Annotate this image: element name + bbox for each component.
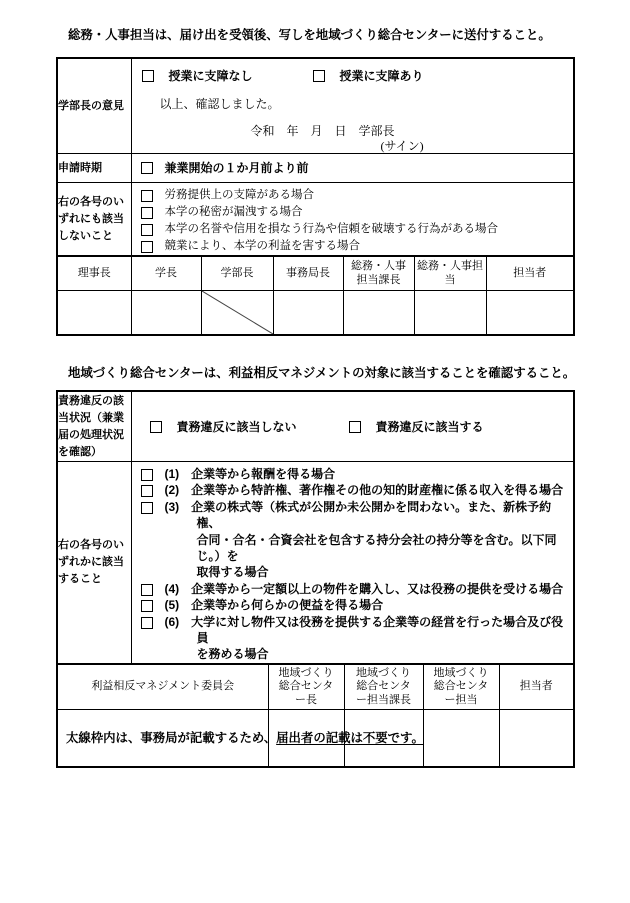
bottom-note-underlined: 届出者の記載は不要です。 (276, 731, 424, 745)
applicable-label-2: (2) 企業等から特許権、著作権その他の知的財産権に係る収入を得る場合 (165, 482, 564, 498)
applicable-item: (2) 企業等から特許権、著作権その他の知的財産権に係る収入を得る場合 (141, 482, 574, 498)
stamp-cell-president (131, 291, 201, 336)
row-label-non-applicable-conditions: 右の各号のい ずれにも該当 しないこと (57, 183, 131, 257)
class-interference-options: 授業に支障なし 授業に支障あり (142, 67, 574, 84)
stamp-cell-person-in-charge-2 (499, 709, 574, 767)
header-center-director: 地域づくり 総合センタ ー長 (268, 664, 344, 710)
option-has-violation: 責務違反に該当する (349, 418, 484, 435)
timing-option: 兼業開始の１か月前より前 (141, 160, 574, 177)
stamp-cell-hr-staff (414, 291, 486, 336)
checkbox-no-interference[interactable] (142, 70, 154, 82)
stamp-cell-admin-director (273, 291, 343, 336)
checkbox-has-interference[interactable] (313, 70, 325, 82)
applicable-item: (6) 大学に対し物件又は役務を提供する企業等の経営を行った場合及び役員 を務め… (141, 614, 574, 663)
confirmation-text: 以上、確認しました。 (160, 97, 574, 111)
condition-label-3: 本学の名誉や信用を損なう行為や信頼を破壊する行為がある場合 (165, 221, 499, 238)
checkbox-applicable-3[interactable] (141, 502, 153, 514)
instruction-bottom: 太線枠内は、事務局が記載するため、届出者の記載は不要です。 (66, 731, 424, 746)
signature-hint: (サイン) (381, 139, 574, 153)
option-label-no-interference: 授業に支障なし (169, 67, 253, 84)
header-center-section-chief: 地域づくり 総合センタ ー担当課長 (344, 664, 423, 710)
applicable-label-5: (5) 企業等から何らかの便益を得る場合 (165, 597, 384, 613)
header-chairperson: 理事長 (57, 256, 131, 291)
conflict-of-interest-table: 責務違反の該 当状況（兼業 届の処理状況 を確認） 責務違反に該当しない 責務違… (56, 390, 575, 768)
application-timing-cell: 兼業開始の１か月前より前 (131, 154, 574, 183)
checkbox-condition-4[interactable] (141, 241, 153, 253)
stamp-cell-center-staff (423, 709, 499, 767)
condition-label-4: 競業により、本学の利益を害する場合 (165, 238, 361, 255)
stamp-cell-person-in-charge (486, 291, 574, 336)
checkbox-applicable-1[interactable] (141, 469, 153, 481)
row-label-duty-violation-status: 責務違反の該 当状況（兼業 届の処理状況 を確認） (57, 391, 131, 462)
condition-item: 本学の名誉や信用を損なう行為や信頼を破壊する行為がある場合 (141, 221, 574, 238)
condition-label-1: 労務提供上の支障がある場合 (165, 187, 315, 204)
non-applicable-conditions-cell: 労務提供上の支障がある場合 本学の秘密が漏洩する場合 本学の名誉や信用を損なう行… (131, 183, 574, 257)
applicable-label-6: (6) 大学に対し物件又は役務を提供する企業等の経営を行った場合及び役員 を務め… (165, 614, 574, 663)
dean-opinion-cell: 授業に支障なし 授業に支障あり 以上、確認しました。 令和 年 月 日 学部長 … (131, 58, 574, 154)
stamp-cell-hr-section-chief (343, 291, 414, 336)
duty-violation-options: 責務違反に該当しない 責務違反に該当する (150, 418, 574, 435)
checkbox-condition-2[interactable] (141, 207, 153, 219)
diagonal-strikethrough-icon (202, 291, 273, 334)
checkbox-applicable-6[interactable] (141, 617, 153, 629)
checkbox-condition-1[interactable] (141, 190, 153, 202)
option-label-no-violation: 責務違反に該当しない (177, 418, 297, 435)
date-signature-line: 令和 年 月 日 学部長 (251, 124, 574, 138)
bottom-note-plain: 太線枠内は、事務局が記載するため、 (66, 731, 276, 745)
checkbox-timing[interactable] (141, 162, 153, 174)
header-person-in-charge: 担当者 (486, 256, 574, 291)
condition-item: 労務提供上の支障がある場合 (141, 187, 574, 204)
applicable-item: (4) 企業等から一定額以上の物件を購入し、又は役務の提供を受ける場合 (141, 581, 574, 597)
approval-table-dean: 学部長の意見 授業に支障なし 授業に支障あり 以上、確認しました。 令和 年 月… (56, 57, 575, 336)
checkbox-has-violation[interactable] (349, 421, 361, 433)
instruction-top: 総務・人事担当は、届け出を受領後、写しを地域づくり総合センターに送付すること。 (68, 28, 551, 43)
timing-option-label: 兼業開始の１か月前より前 (165, 160, 309, 177)
duty-violation-cell: 責務違反に該当しない 責務違反に該当する (131, 391, 574, 462)
option-has-interference: 授業に支障あり (313, 67, 424, 84)
applicable-label-1: (1) 企業等から報酬を得る場合 (165, 466, 336, 482)
instruction-middle: 地域づくり総合センターは、利益相反マネジメントの対象に該当することを確認すること… (68, 366, 575, 381)
row-label-applicable-conditions: 右の各号のい ずれかに該当 すること (57, 462, 131, 664)
header-president: 学長 (131, 256, 201, 291)
option-no-violation: 責務違反に該当しない (150, 418, 297, 435)
condition-label-2: 本学の秘密が漏洩する場合 (165, 204, 303, 221)
option-no-interference: 授業に支障なし (142, 67, 253, 84)
header-hr-section-chief: 総務・人事 担当課長 (343, 256, 414, 291)
header-coi-committee: 利益相反マネジメント委員会 (57, 664, 268, 710)
applicable-item: (1) 企業等から報酬を得る場合 (141, 466, 574, 482)
condition-item: 競業により、本学の利益を害する場合 (141, 238, 574, 255)
applicable-item: (5) 企業等から何らかの便益を得る場合 (141, 597, 574, 613)
document-sheet: 総務・人事担当は、届け出を受領後、写しを地域づくり総合センターに送付すること。 … (0, 0, 630, 903)
applicable-conditions-cell: (1) 企業等から報酬を得る場合 (2) 企業等から特許権、著作権その他の知的財… (131, 462, 574, 664)
checkbox-applicable-2[interactable] (141, 485, 153, 497)
header-center-staff: 地域づくり 総合センタ ー担当 (423, 664, 499, 710)
checkbox-applicable-5[interactable] (141, 600, 153, 612)
checkbox-no-violation[interactable] (150, 421, 162, 433)
applicable-label-3: (3) 企業の株式等（株式が公開か未公開かを問わない。また、新株予約権、 合同・… (165, 499, 574, 581)
header-hr-staff: 総務・人事担 当 (414, 256, 486, 291)
option-label-has-interference: 授業に支障あり (340, 67, 424, 84)
checkbox-condition-3[interactable] (141, 224, 153, 236)
stamp-cell-chairperson (57, 291, 131, 336)
option-label-has-violation: 責務違反に該当する (376, 418, 484, 435)
row-label-dean-opinion: 学部長の意見 (57, 58, 131, 154)
header-dean: 学部長 (201, 256, 273, 291)
applicable-label-4: (4) 企業等から一定額以上の物件を購入し、又は役務の提供を受ける場合 (165, 581, 564, 597)
row-label-application-timing: 申請時期 (57, 154, 131, 183)
stamp-cell-dean (201, 291, 273, 336)
header-admin-director: 事務局長 (273, 256, 343, 291)
header-person-in-charge-2: 担当者 (499, 664, 574, 710)
condition-item: 本学の秘密が漏洩する場合 (141, 204, 574, 221)
applicable-item: (3) 企業の株式等（株式が公開か未公開かを問わない。また、新株予約権、 合同・… (141, 499, 574, 581)
checkbox-applicable-4[interactable] (141, 584, 153, 596)
